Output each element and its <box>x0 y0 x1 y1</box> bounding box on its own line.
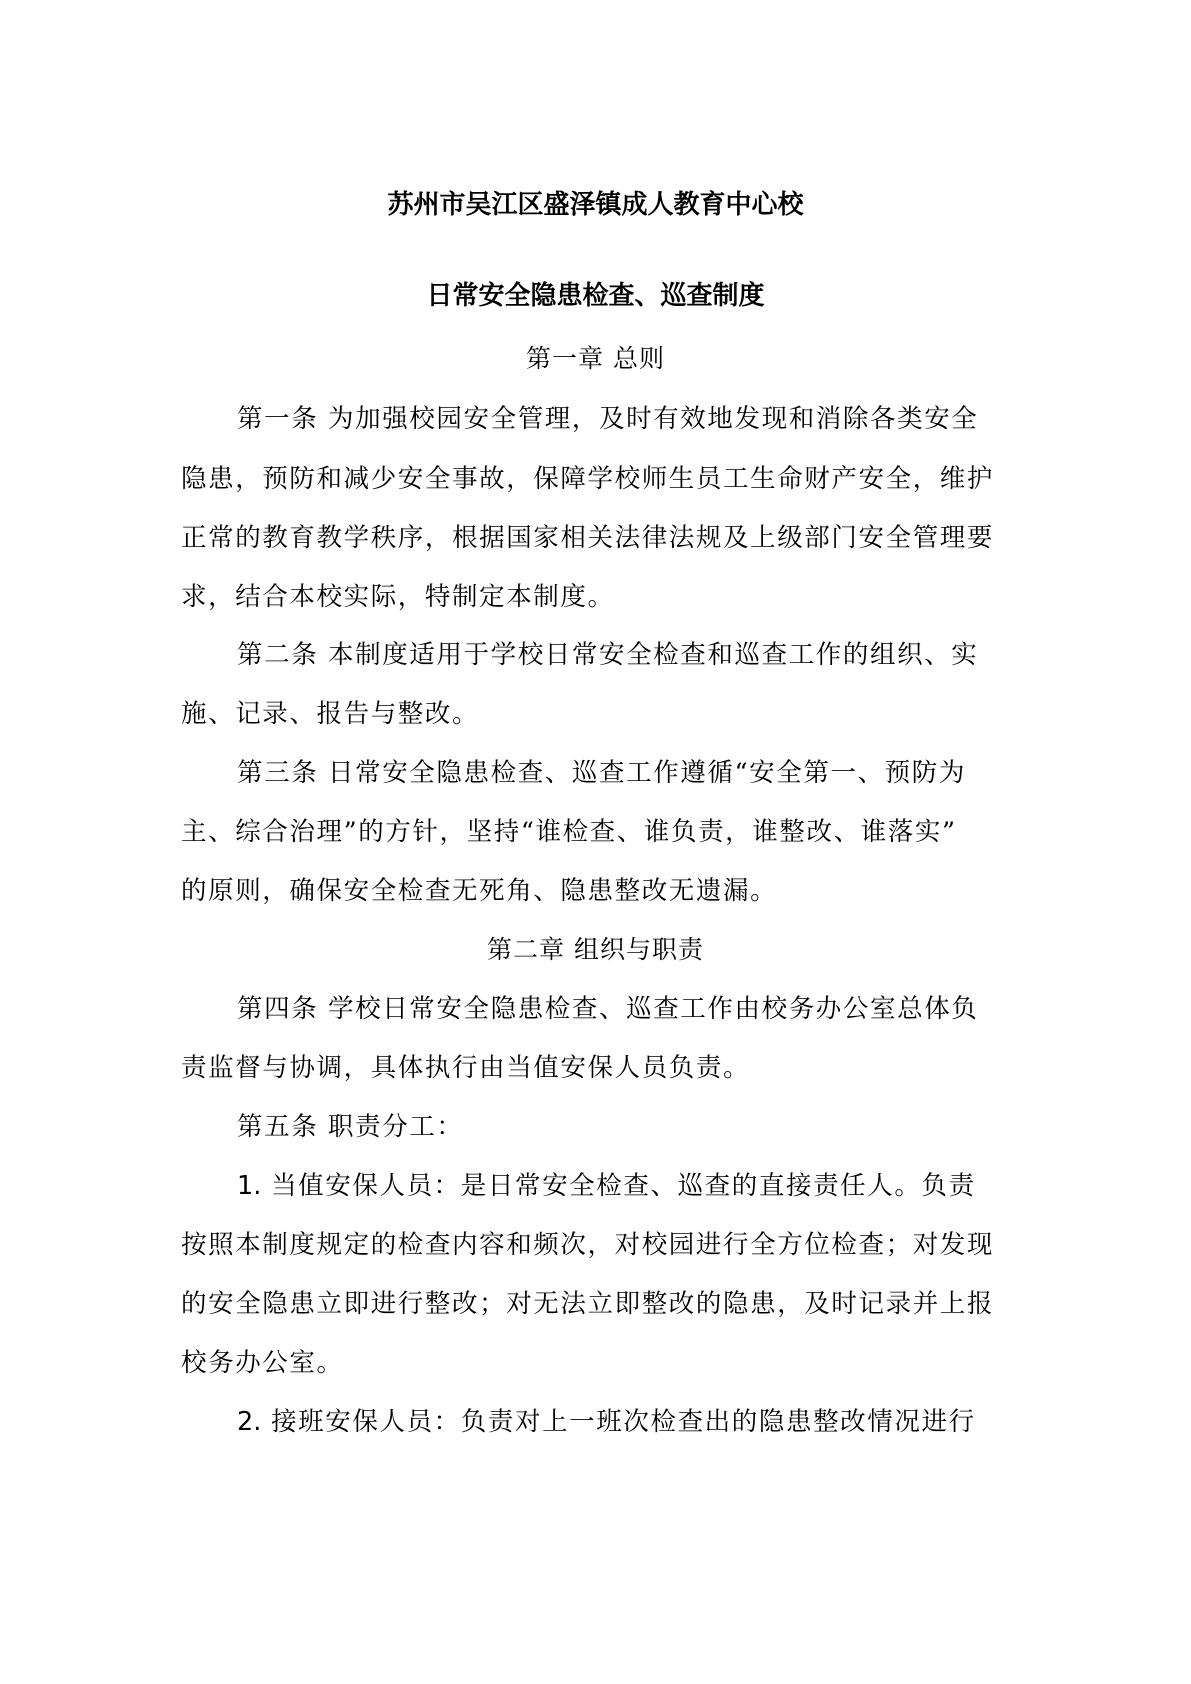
duty-item-1-line-1: 1. 当值安保人员：是日常安全检查、巡查的直接责任人。负责 <box>237 1169 953 1203</box>
chapter-heading-1: 第一章 总则 <box>0 342 1191 376</box>
article-3-line-3: 的原则，确保安全检查无死角、隐患整改无遗漏。 <box>181 874 1021 908</box>
duty-item-2-text: 接班安保人员：负责对上一班次检查出的隐患整改情况进行 <box>271 1407 976 1437</box>
document-title-regulation: 日常安全隐患检查、巡查制度 <box>0 279 1191 313</box>
duty-item-2-line-1: 2. 接班安保人员：负责对上一班次检查出的隐患整改情况进行 <box>237 1405 953 1439</box>
document-page: 苏州市吴江区盛泽镇成人教育中心校 日常安全隐患检查、巡查制度 第一章 总则 第一… <box>0 0 1191 1684</box>
article-2-line-2: 施、记录、报告与整改。 <box>181 697 1021 731</box>
duty-item-1-line-4: 校务办公室。 <box>181 1346 1021 1380</box>
document-title-school: 苏州市吴江区盛泽镇成人教育中心校 <box>0 188 1191 222</box>
duty-item-1-line-3: 的安全隐患立即进行整改；对无法立即整改的隐患，及时记录并上报 <box>181 1287 953 1321</box>
article-5-line-1: 第五条 职责分工： <box>237 1110 1077 1144</box>
article-1-line-2: 隐患，预防和减少安全事故，保障学校师生员工生命财产安全，维护 <box>181 462 953 496</box>
duty-item-2-number: 2. <box>237 1407 261 1437</box>
duty-item-1-line-2: 按照本制度规定的检查内容和频次，对校园进行全方位检查；对发现 <box>181 1228 953 1262</box>
duty-item-1-text: 当值安保人员：是日常安全检查、巡查的直接责任人。负责 <box>271 1171 976 1201</box>
article-4-line-2: 责监督与协调，具体执行由当值安保人员负责。 <box>181 1051 1021 1085</box>
duty-item-1-number: 1. <box>237 1171 261 1201</box>
article-3-line-1: 第三条 日常安全隐患检查、巡查工作遵循“安全第一、预防为 <box>237 756 953 790</box>
article-1-line-3: 正常的教育教学秩序，根据国家相关法律法规及上级部门安全管理要 <box>181 521 953 555</box>
article-2-line-1: 第二条 本制度适用于学校日常安全检查和巡查工作的组织、实 <box>237 638 953 672</box>
article-1-line-1: 第一条 为加强校园安全管理，及时有效地发现和消除各类安全 <box>237 402 953 436</box>
article-1-line-4: 求，结合本校实际，特制定本制度。 <box>181 580 1021 614</box>
chapter-heading-2: 第二章 组织与职责 <box>0 933 1191 967</box>
article-4-line-1: 第四条 学校日常安全隐患检查、巡查工作由校务办公室总体负 <box>237 992 953 1026</box>
article-3-line-2: 主、综合治理”的方针，坚持“谁检查、谁负责，谁整改、谁落实” <box>181 815 953 849</box>
